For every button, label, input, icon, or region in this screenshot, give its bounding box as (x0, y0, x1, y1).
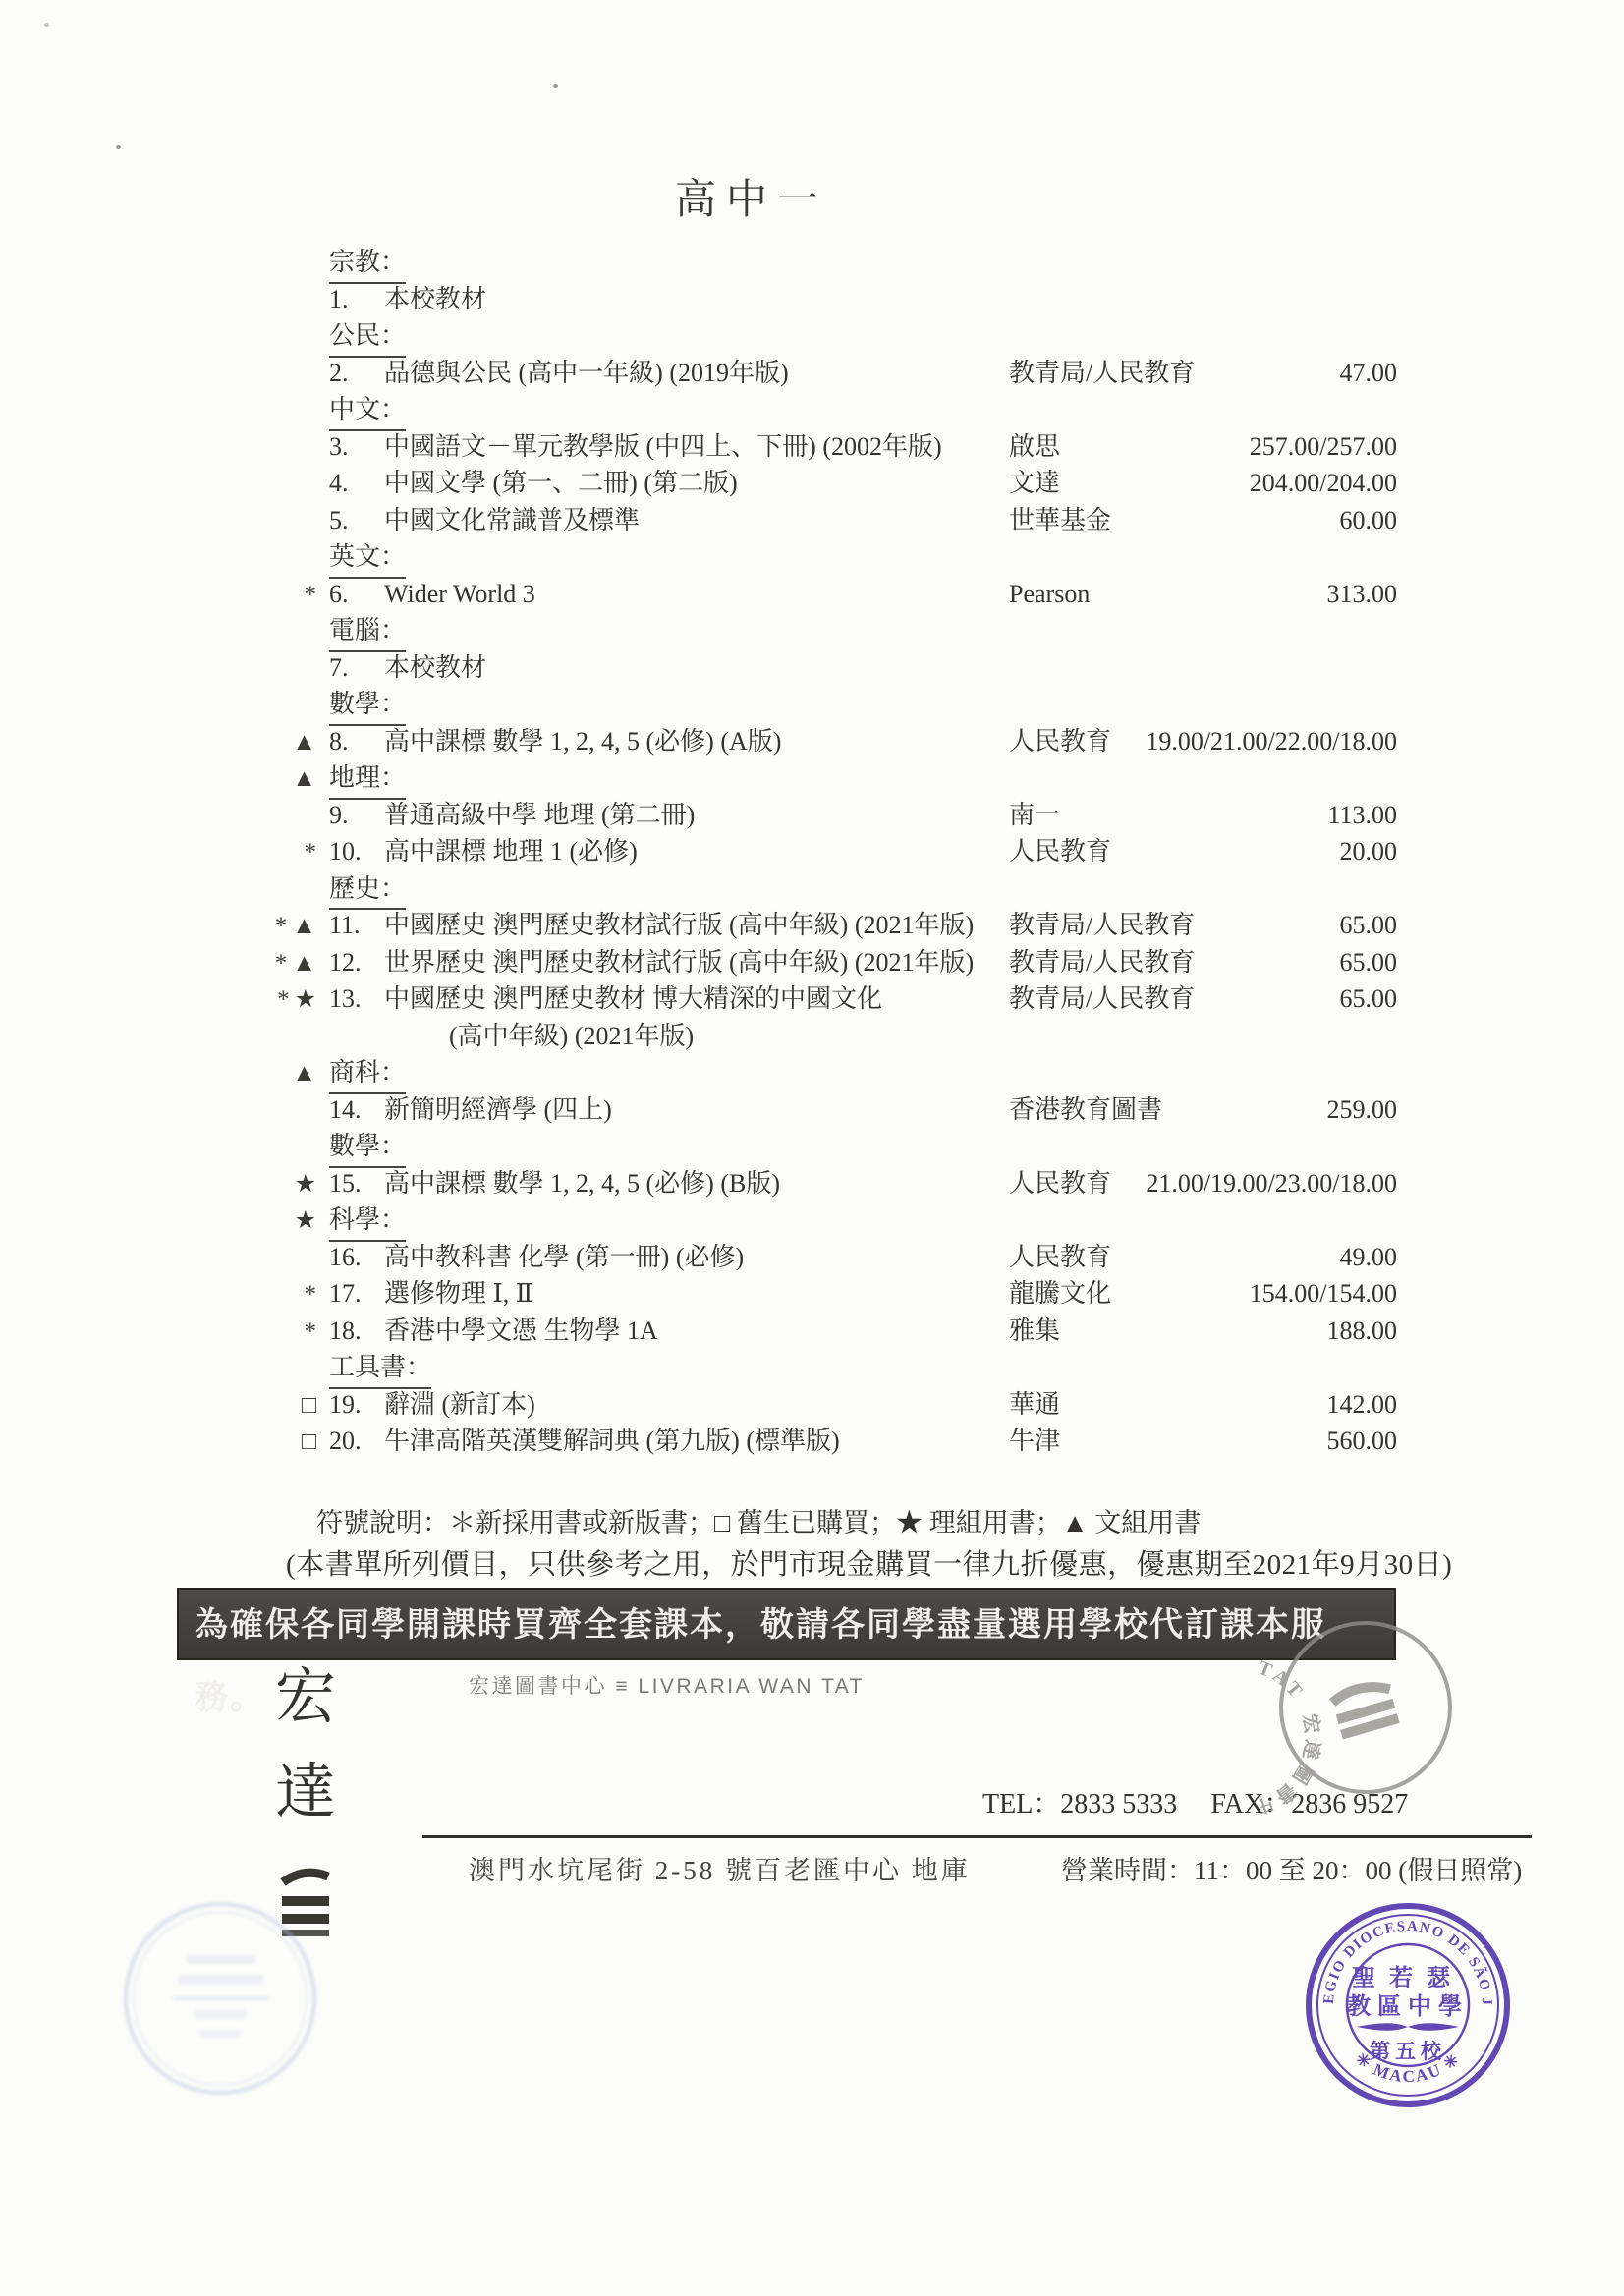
bookstore-name: 宏達圖書中心 ≡ LIVRARIA WAN TAT (469, 1670, 865, 1700)
book-row: 14.新簡明經濟學 (四上)香港教育圖書259.00 (246, 1092, 1397, 1129)
row-price: 60.00 (1340, 502, 1398, 539)
book-row: □19.辭淵 (新訂本)華通142.00 (246, 1386, 1397, 1424)
row-price: 65.00 (1340, 907, 1398, 944)
school-stamp-line3: 第五校 (1370, 2040, 1446, 2063)
school-stamp-line2: 教區中學 (1347, 1993, 1469, 2020)
book-row: *▲11.中國歷史 澳門歷史教材試行版 (高中年級) (2021年版)教青局/人… (246, 907, 1397, 944)
section-label: 歷史： (329, 870, 406, 911)
row-symbols: * (246, 834, 329, 871)
row-symbols: □ (246, 1387, 329, 1425)
row-number: 16. (329, 1239, 384, 1276)
row-title: 新簡明經濟學 (四上) (384, 1092, 1009, 1129)
row-publisher: 教青局/人民教育 (1009, 980, 1195, 1018)
row-title: 中國文學 (第一、二冊) (第二版) (384, 465, 1009, 502)
row-price: 257.00/257.00 (1250, 428, 1397, 466)
row-number: 5. (329, 502, 384, 539)
row-price: 49.00 (1340, 1239, 1398, 1276)
row-publisher: 教青局/人民教育 (1009, 355, 1195, 392)
row-title: 世界歷史 澳門歷史教材試行版 (高中年級) (2021年版) (384, 944, 1009, 981)
row-title: 香港中學文憑 生物學 1A (384, 1313, 1009, 1350)
section-symbol: ▲ (246, 1055, 329, 1092)
row-title: 品德與公民 (高中一年級) (2019年版) (384, 355, 1009, 392)
row-price: 47.00 (1340, 355, 1398, 392)
divider-line (422, 1835, 1532, 1838)
row-price: 204.00/204.00 (1250, 465, 1397, 502)
wantat-round-stamp: 宏達圖書中心 LIVRARIA WAN TAT (1260, 1601, 1472, 1814)
section-label: 公民： (329, 317, 406, 358)
book-list: 宗教：1.本校教材公民：2.品德與公民 (高中一年級) (2019年版)教青局/… (0, 244, 1624, 1460)
section-row: 工具書： (246, 1349, 1397, 1386)
row-number: 8. (329, 723, 384, 760)
row-price: 113.00 (1327, 797, 1397, 834)
row-publisher: 教青局/人民教育 (1009, 907, 1195, 944)
section-label: 英文： (329, 538, 406, 579)
book-row: *★13.中國歷史 澳門歷史教材 博大精深的中國文化教青局/人民教育65.00 (246, 980, 1397, 1018)
section-row: ▲商科： (246, 1054, 1397, 1092)
book-row: *17.選修物理 Ⅰ, Ⅱ龍騰文化154.00/154.00 (246, 1275, 1397, 1313)
row-number: 17. (329, 1275, 384, 1313)
row-publisher: 教青局/人民教育 (1009, 944, 1195, 981)
book-row: 7.本校教材 (246, 649, 1397, 687)
row-number: 13. (329, 980, 384, 1018)
row-number: 15. (329, 1165, 384, 1203)
section-label: 地理： (329, 759, 406, 800)
svg-text:宏達圖書中心 LIVRARIA WAN TAT: 宏達圖書中心 LIVRARIA WAN TAT (1260, 1653, 1325, 1814)
row-publisher: 人民教育 (1009, 833, 1111, 870)
scan-speck (553, 84, 558, 88)
row-publisher: 香港教育圖書 (1009, 1092, 1162, 1129)
booklist-page: 高中一 宗教：1.本校教材公民：2.品德與公民 (高中一年級) (2019年版)… (0, 0, 1624, 2296)
section-label: 科學： (329, 1202, 406, 1242)
row-number: 3. (329, 428, 384, 466)
wantat-logo-char1: 宏 (271, 1651, 340, 1746)
row-number: 11. (329, 907, 384, 944)
row-symbols: ▲ (246, 724, 329, 761)
section-label: 電腦： (329, 612, 406, 652)
row-number: 14. (329, 1092, 384, 1129)
section-row: 中文： (246, 391, 1397, 428)
row-title: 中國語文－單元教學版 (中四上、下冊) (2002年版) (384, 428, 1009, 466)
row-publisher: 啟思 (1009, 428, 1060, 466)
book-row: *10.高中課標 地理 1 (必修)人民教育20.00 (246, 833, 1397, 870)
row-number: 9. (329, 797, 384, 834)
row-number: 4. (329, 465, 384, 502)
row-publisher: Pearson (1009, 576, 1090, 613)
school-stamp: COLEGIO DIOCESANO DE SÃO JOSÉ ✳ MACAU ✳ … (1295, 1892, 1521, 2118)
row-number: 6. (329, 576, 384, 613)
row-price: 65.00 (1340, 980, 1398, 1018)
section-row: ★科學： (246, 1202, 1397, 1239)
row-publisher: 人民教育 (1009, 723, 1111, 760)
book-row: 2.品德與公民 (高中一年級) (2019年版)教青局/人民教育47.00 (246, 355, 1397, 392)
bookstore-hours: 營業時間：11：00 至 20：00 (假日照常) (1061, 1849, 1522, 1887)
row-number: 12. (329, 944, 384, 981)
section-row: 英文： (246, 538, 1397, 576)
row-publisher: 牛津 (1009, 1423, 1060, 1460)
book-row-continued: (高中年級) (2021年版) (246, 1018, 1397, 1055)
book-row: 3.中國語文－單元教學版 (中四上、下冊) (2002年版)啟思257.00/2… (246, 428, 1397, 466)
row-title: 高中教科書 化學 (第一冊) (必修) (384, 1239, 1009, 1276)
row-symbols: ★ (246, 1166, 329, 1204)
row-title-continued: (高中年級) (2021年版) (384, 1018, 1009, 1055)
row-title: 本校教材 (384, 649, 1009, 687)
section-row: 公民： (246, 317, 1397, 355)
row-title: Wider World 3 (384, 576, 1009, 613)
row-symbols: *▲ (246, 908, 329, 945)
bookstore-address: 澳門水坑尾街 2-58 號百老匯中心 地庫 (469, 1849, 971, 1887)
section-row: 歷史： (246, 870, 1397, 908)
row-publisher: 世華基金 (1009, 502, 1111, 539)
row-price: 142.00 (1327, 1386, 1398, 1424)
section-symbol: ★ (246, 1203, 329, 1240)
scan-speck (116, 145, 121, 149)
section-label: 工具書： (329, 1349, 431, 1389)
row-publisher: 人民教育 (1009, 1239, 1111, 1276)
row-title: 中國歷史 澳門歷史教材 博大精深的中國文化 (384, 980, 1009, 1018)
row-number: 20. (329, 1423, 384, 1460)
row-title: 本校教材 (384, 281, 1009, 318)
row-symbols: *★ (246, 981, 329, 1019)
book-row: 4.中國文學 (第一、二冊) (第二版)文達204.00/204.00 (246, 465, 1397, 502)
row-title: 辭淵 (新訂本) (384, 1386, 1009, 1424)
row-number: 7. (329, 649, 384, 687)
section-label: 商科： (329, 1054, 406, 1094)
row-price: 560.00 (1327, 1423, 1398, 1460)
row-number: 10. (329, 833, 384, 870)
row-title: 普通高級中學 地理 (第二冊) (384, 797, 1009, 834)
row-number: 19. (329, 1386, 384, 1424)
row-price: 19.00/21.00/22.00/18.00 (1146, 723, 1397, 760)
row-number: 2. (329, 355, 384, 392)
section-label: 數學： (329, 686, 406, 726)
section-symbol: ▲ (246, 760, 329, 798)
book-row: ★15.高中課標 數學 1, 2, 4, 5 (必修) (B版)人民教育21.0… (246, 1165, 1397, 1203)
row-publisher: 華通 (1009, 1386, 1060, 1424)
book-row: *18.香港中學文憑 生物學 1A雅集188.00 (246, 1313, 1397, 1350)
section-label: 中文： (329, 391, 406, 431)
row-price: 65.00 (1340, 944, 1398, 981)
row-publisher: 人民教育 (1009, 1165, 1111, 1203)
book-row: *6.Wider World 3Pearson313.00 (246, 576, 1397, 613)
row-publisher: 文達 (1009, 465, 1060, 502)
row-title: 高中課標 數學 1, 2, 4, 5 (必修) (A版) (384, 723, 1009, 760)
scan-speck (44, 23, 49, 27)
symbol-legend: 符號說明：＊新採用書或新版書；□ 舊生已購買；★ 理組用書；▲ 文組用書 (316, 1501, 1201, 1540)
row-symbols: * (246, 1276, 329, 1314)
notice-banner: 為確保各同學開課時買齊全套課本，敬請各同學盡量選用學校代訂課本服務。 (177, 1588, 1396, 1660)
row-price: 259.00 (1327, 1092, 1398, 1129)
school-stamp-line1: 聖若瑟 (1352, 1965, 1464, 1991)
section-row: 電腦： (246, 612, 1397, 649)
row-price: 313.00 (1327, 576, 1398, 613)
row-symbols: * (246, 577, 329, 614)
section-label: 數學： (329, 1128, 406, 1168)
section-row: 數學： (246, 1128, 1397, 1165)
row-price: 21.00/19.00/23.00/18.00 (1146, 1165, 1397, 1203)
row-title: 高中課標 地理 1 (必修) (384, 833, 1009, 870)
price-note: (本書單所列價目，只供參考之用，於門市現金購買一律九折優惠，優惠期至2021年9… (286, 1542, 1452, 1583)
book-row: 1.本校教材 (246, 281, 1397, 318)
row-price: 188.00 (1327, 1313, 1398, 1350)
row-title: 牛津高階英漢雙解詞典 (第九版) (標準版) (384, 1423, 1009, 1460)
section-row: 數學： (246, 686, 1397, 723)
row-price: 20.00 (1340, 833, 1398, 870)
section-label: 宗教： (329, 244, 406, 284)
section-row: ▲地理： (246, 759, 1397, 797)
row-title: 高中課標 數學 1, 2, 4, 5 (必修) (B版) (384, 1165, 1009, 1203)
row-title: 選修物理 Ⅰ, Ⅱ (384, 1275, 1009, 1313)
row-number: 1. (329, 281, 384, 318)
book-row: 16.高中教科書 化學 (第一冊) (必修)人民教育49.00 (246, 1239, 1397, 1276)
row-title: 中國歷史 澳門歷史教材試行版 (高中年級) (2021年版) (384, 907, 1009, 944)
wantat-logo-char2: 達 (271, 1746, 340, 1841)
book-row: □20.牛津高階英漢雙解詞典 (第九版) (標準版)牛津560.00 (246, 1423, 1397, 1460)
bookstore-tel: TEL：2833 5333 (982, 1789, 1177, 1820)
row-symbols: * (246, 1314, 329, 1351)
row-number: 18. (329, 1313, 384, 1350)
page-title: 高中一 (0, 167, 1503, 226)
row-symbols: *▲ (246, 945, 329, 982)
section-row: 宗教： (246, 244, 1397, 281)
row-price: 154.00/154.00 (1250, 1275, 1397, 1313)
book-row: 5.中國文化常識普及標準世華基金60.00 (246, 502, 1397, 539)
faint-stamp (116, 1894, 324, 2102)
book-row: *▲12.世界歷史 澳門歷史教材試行版 (高中年級) (2021年版)教青局/人… (246, 944, 1397, 981)
book-row: ▲8.高中課標 數學 1, 2, 4, 5 (必修) (A版)人民教育19.00… (246, 723, 1397, 760)
row-publisher: 龍騰文化 (1009, 1275, 1111, 1313)
book-row: 9.普通高級中學 地理 (第二冊)南一113.00 (246, 797, 1397, 834)
row-publisher: 南一 (1009, 797, 1060, 834)
row-publisher: 雅集 (1009, 1313, 1060, 1350)
row-symbols: □ (246, 1424, 329, 1461)
row-title: 中國文化常識普及標準 (384, 502, 1009, 539)
